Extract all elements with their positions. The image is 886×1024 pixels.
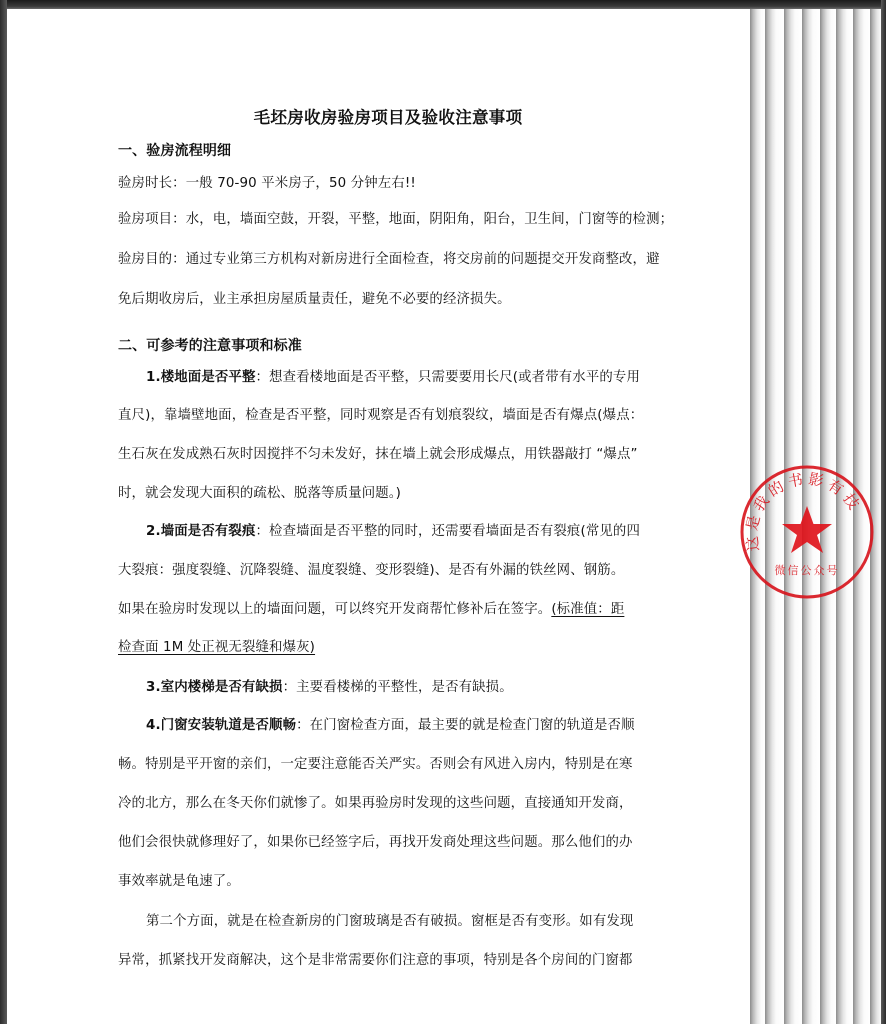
- item2-line3: 如果在验房时发现以上的墙面问题，可以终究开发商帮忙修补后在签字。(标准值：距: [118, 598, 624, 617]
- item1-line3: 生石灰在发成熟石灰时因搅拌不匀未发好，抹在墙上就会形成爆点，用铁器敲打 “爆点”: [118, 443, 638, 462]
- item3-line: 3.室内楼梯是否有缺损：主要看楼梯的平整性，是否有缺损。: [118, 676, 513, 695]
- page-edge: [802, 9, 820, 1024]
- item2-standard-end: 检查面 1M 处正视无裂缝和爆灰): [118, 636, 365, 655]
- item3-text: ：主要看楼梯的平整性，是否有缺损。: [283, 680, 513, 695]
- item1-line1: 1.楼地面是否平整：想查看楼地面是否平整，只需要要用长尺(或者带有水平的专用: [118, 366, 640, 385]
- item4-line2: 畅。特别是平开窗的亲们，一定要注意能否关严实。否则会有风进入房内，特别是在寒: [118, 753, 633, 772]
- second-aspect-line2: 异常，抓紧找开发商解决，这个是非常需要你们注意的事项，特别是各个房间的门窗都: [118, 949, 633, 968]
- page-edge: [820, 9, 836, 1024]
- item4-line4: 他们会很快就修理好了，如果你已经签字后，再找开发商处理这些问题。那么他们的办: [118, 831, 633, 850]
- item3-label: 3.室内楼梯是否有缺损: [146, 680, 283, 695]
- item4-label: 4.门窗安装轨道是否顺畅: [146, 718, 296, 733]
- section2-heading: 二、可参考的注意事项和标准: [118, 335, 302, 355]
- page-edge: [784, 9, 802, 1024]
- item2-text: ：检查墙面是否平整的同时，还需要看墙面是否有裂痕(常见的四: [256, 524, 641, 539]
- item1-line2: 直尺)，靠墙壁地面，检查是否平整，同时观察是否有划痕裂纹，墙面是否有爆点(爆点：: [118, 404, 643, 423]
- page-edge: [853, 9, 870, 1024]
- second-aspect-line1: 第二个方面，就是在检查新房的门窗玻璃是否有破损。窗框是否有变形。如有发现: [118, 910, 633, 929]
- inspection-purpose-line1: 验房目的：通过专业第三方机构对新房进行全面检查，将交房前的问题提交开发商整改，避: [118, 248, 660, 267]
- document-title: 毛坯房收房验房项目及验收注意事项: [118, 104, 658, 128]
- inspection-purpose-line2: 免后期收房后，业主承担房屋质量责任，避免不必要的经济损失。: [118, 288, 511, 307]
- item4-text: ：在门窗检查方面，最主要的就是检查门窗的轨道是否顺: [296, 718, 635, 733]
- item4-line3: 冷的北方，那么在冬天你们就惨了。如果再验房时发现的这些问题，直接通知开发商，: [118, 792, 633, 811]
- viewer-top-border: [0, 0, 886, 9]
- item2-label: 2.墙面是否有裂痕: [146, 524, 256, 539]
- viewer-left-border: [0, 0, 7, 1024]
- item2-standard-start: (标准值：距: [551, 602, 624, 617]
- page-edge: [836, 9, 853, 1024]
- item2-line1: 2.墙面是否有裂痕：检查墙面是否平整的同时，还需要看墙面是否有裂痕(常见的四: [118, 520, 640, 539]
- item4-line5: 事效率就是龟速了。: [118, 870, 240, 889]
- item1-line4: 时，就会发现大面积的疏松、脱落等质量问题。): [118, 482, 401, 501]
- page-edge: [870, 9, 881, 1024]
- item1-label: 1.楼地面是否平整: [146, 370, 256, 385]
- viewer-right-border: [881, 0, 886, 1024]
- item1-text: ：想查看楼地面是否平整，只需要要用长尺(或者带有水平的专用: [256, 370, 641, 385]
- item4-line1: 4.门窗安装轨道是否顺畅：在门窗检查方面，最主要的就是检查门窗的轨道是否顺: [118, 714, 635, 733]
- inspection-duration: 验房时长：一般 70-90 平米房子，50 分钟左右!!: [118, 172, 416, 191]
- inspection-items: 验房项目：水，电，墙面空鼓，开裂，平整，地面，阴阳角，阳台，卫生间，门窗等的检测…: [118, 208, 673, 227]
- page-edge: [765, 9, 784, 1024]
- item2-text-plain: 如果在验房时发现以上的墙面问题，可以终究开发商帮忙修补后在签字。: [118, 602, 551, 617]
- section1-heading: 一、验房流程明细: [118, 140, 231, 160]
- item2-line2: 大裂痕：强度裂缝、沉降裂缝、温度裂缝、变形裂缝)、是否有外漏的铁丝网、钢筋。: [118, 559, 624, 578]
- page-edge: [750, 9, 765, 1024]
- stacked-page-edges: [750, 9, 881, 1024]
